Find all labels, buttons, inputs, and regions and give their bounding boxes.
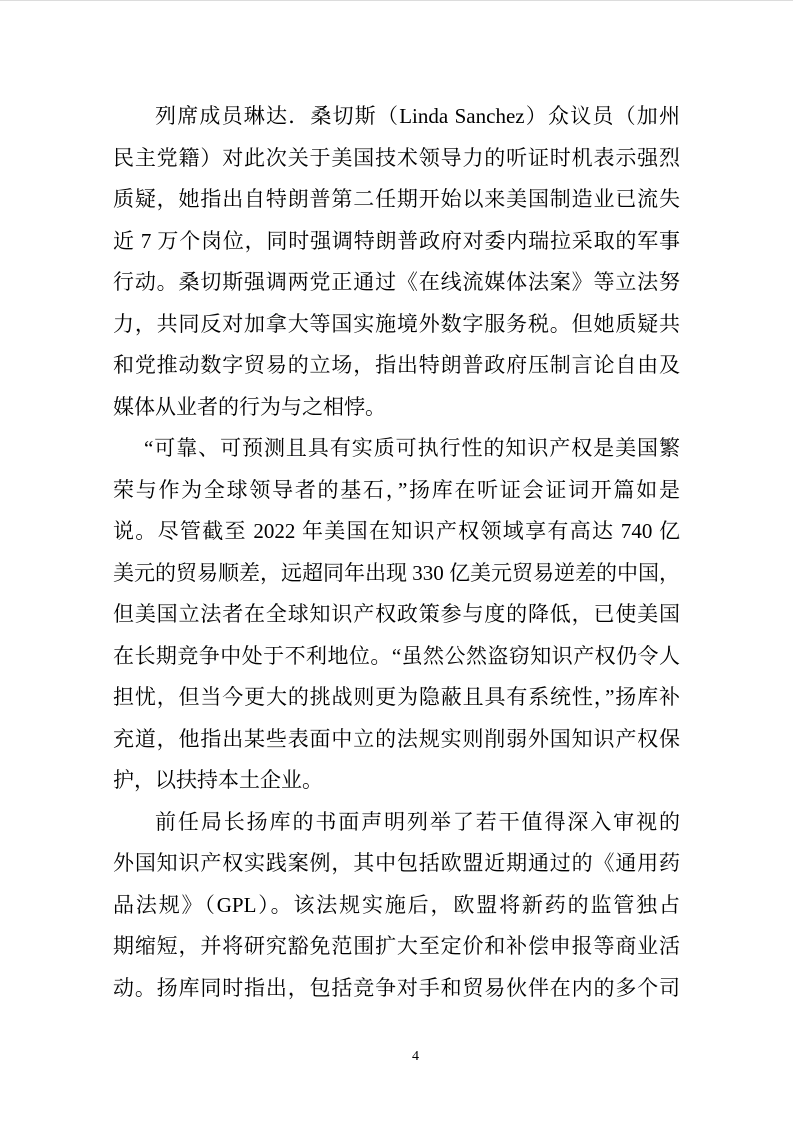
text-line: 在长期竞争中处于不利地位。“虽然公然盗窃知识产权仍令人 — [113, 636, 680, 678]
text-line: 荣与作为全球领导者的基石，”扬库在听证会证词开篇如是 — [113, 470, 680, 512]
text-line: 担忧，但当今更大的挑战则更为隐蔽且具有系统性，”扬库补 — [113, 677, 680, 719]
text-line: 媒体从业者的行为与之相悖。 — [113, 387, 680, 429]
text-line: 列席成员琳达．桑切斯（Linda Sanchez）众议员（加州 — [113, 96, 680, 138]
text-line: 近 7 万个岗位，同时强调特朗普政府对委内瑞拉采取的军事 — [113, 221, 680, 263]
text-line: 民主党籍）对此次关于美国技术领导力的听证时机表示强烈 — [113, 138, 680, 180]
text-line: “可靠、可预测且具有实质可执行性的知识产权是美国繁 — [113, 428, 680, 470]
document-page: 列席成员琳达．桑切斯（Linda Sanchez）众议员（加州民主党籍）对此次关… — [0, 0, 793, 1122]
text-line: 期缩短，并将研究豁免范围扩大至定价和补偿申报等商业活 — [113, 926, 680, 968]
text-line: 充道，他指出某些表面中立的法规实则削弱外国知识产权保 — [113, 719, 680, 761]
text-line: 美元的贸易顺差，远超同年出现 330 亿美元贸易逆差的中国， — [113, 553, 680, 595]
text-line: 和党推动数字贸易的立场，指出特朗普政府压制言论自由及 — [113, 345, 680, 387]
text-line: 但美国立法者在全球知识产权政策参与度的降低，已使美国 — [113, 594, 680, 636]
text-line: 品法规》（GPL）。该法规实施后，欧盟将新药的监管独占 — [113, 885, 680, 927]
page-footer: 4 — [0, 1046, 793, 1068]
text-line: 行动。桑切斯强调两党正通过《在线流媒体法案》等立法努 — [113, 262, 680, 304]
text-line: 动。扬库同时指出，包括竞争对手和贸易伙伴在内的多个司 — [113, 968, 680, 1010]
text-line: 护，以扶持本土企业。 — [113, 760, 680, 802]
text-line: 质疑，她指出自特朗普第二任期开始以来美国制造业已流失 — [113, 179, 680, 221]
text-line: 说。尽管截至 2022 年美国在知识产权领域享有高达 740 亿 — [113, 511, 680, 553]
text-line: 前任局长扬库的书面声明列举了若干值得深入审视的 — [113, 802, 680, 844]
text-line: 外国知识产权实践案例，其中包括欧盟近期通过的《通用药 — [113, 843, 680, 885]
page-number: 4 — [412, 1046, 419, 1068]
text-line: 力，共同反对加拿大等国实施境外数字服务税。但她质疑共 — [113, 304, 680, 346]
document-body: 列席成员琳达．桑切斯（Linda Sanchez）众议员（加州民主党籍）对此次关… — [113, 96, 680, 1009]
